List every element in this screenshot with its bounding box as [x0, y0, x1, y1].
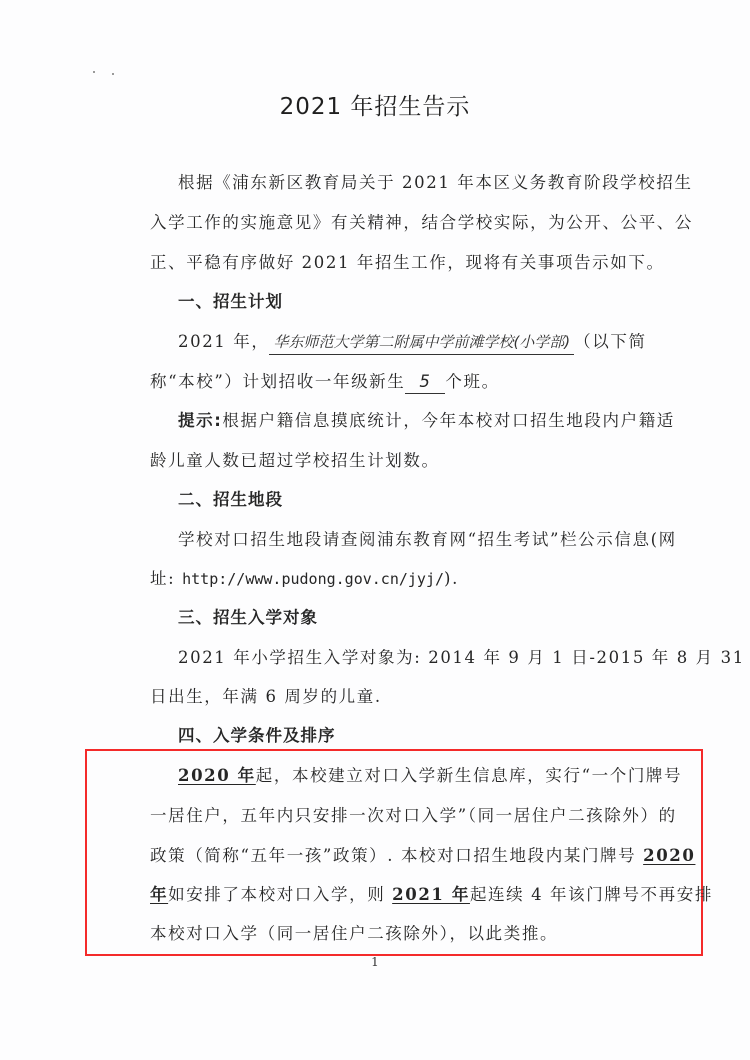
- eligibility-line-1: 2021 年小学招生入学对象为: 2014 年 9 月 1 日-2015 年 8…: [178, 647, 745, 669]
- policy-line-5: 本校对口入学（同一居住户二孩除外），以此类推。: [150, 923, 558, 945]
- url-suffix: ).: [444, 569, 459, 588]
- plan-prefix: 2021 年，: [178, 332, 269, 351]
- scan-speck: [93, 71, 95, 73]
- underlined-2020-year: 2020 年: [178, 766, 256, 785]
- eligibility-line-2: 日出生，年满 6 周岁的儿童.: [150, 686, 382, 708]
- tip-label: 提示:: [178, 411, 222, 430]
- policy-text-3: 政策（简称“五年一孩”政策）. 本校对口招生地段内某门牌号: [150, 846, 636, 865]
- document-page: 2021 年招生告示 根据《浦东新区教育局关于 2021 年本区义务教育阶段学校…: [0, 0, 750, 1060]
- intro-line-1: 根据《浦东新区教育局关于 2021 年本区义务教育阶段学校招生: [178, 172, 693, 194]
- plan-line2-prefix: 称“本校”）计划招收一年级新生: [150, 372, 405, 391]
- page-number: 1: [0, 955, 750, 969]
- section-3-heading: 三、招生入学对象: [178, 607, 318, 629]
- plan-line-2: 称“本校”）计划招收一年级新生5个班。: [150, 371, 500, 394]
- class-count: 5: [405, 371, 445, 394]
- district-line-2: 址: http://www.pudong.gov.cn/jyj/).: [150, 568, 459, 590]
- section-4-heading: 四、入学条件及排序: [178, 725, 336, 747]
- policy-line-4: 年如安排了本校对口入学，则 2021 年起连续 4 年该门牌号不再安排: [150, 884, 713, 906]
- policy-line-3: 政策（简称“五年一孩”政策）. 本校对口招生地段内某门牌号 2020: [150, 845, 695, 867]
- intro-line-3: 正、平稳有序做好 2021 年招生工作，现将有关事项告示如下。: [150, 252, 665, 274]
- url-prefix: 址:: [150, 569, 175, 588]
- tip-line-1: 提示:根据户籍信息摸底统计，今年本校对口招生地段内户籍适: [178, 410, 675, 432]
- plan-suffix: （以下简: [574, 332, 646, 351]
- school-name-handwritten: 华东师范大学第二附属中学前滩学校(小学部): [269, 331, 574, 355]
- policy-text-1: 起，本校建立对口入学新生信息库，实行“一个门牌号: [256, 766, 682, 785]
- plan-line2-suffix: 个班。: [445, 372, 499, 391]
- policy-text-4a: 如安排了本校对口入学，则: [168, 885, 385, 904]
- policy-line-2: 一居住户，五年内只安排一次对口入学”（同一居住户二孩除外）的: [150, 805, 677, 827]
- education-url-link[interactable]: http://www.pudong.gov.cn/jyj/: [182, 570, 444, 588]
- policy-line-1: 2020 年起，本校建立对口入学新生信息库，实行“一个门牌号: [178, 765, 682, 787]
- tip-line-2: 龄儿童人数已超过学校招生计划数。: [150, 450, 440, 472]
- policy-text-4b: 起连续 4 年该门牌号不再安排: [470, 885, 713, 904]
- section-1-heading: 一、招生计划: [178, 291, 283, 313]
- plan-line-1: 2021 年，华东师范大学第二附属中学前滩学校(小学部)（以下简: [178, 331, 647, 355]
- document-title: 2021 年招生告示: [0, 88, 750, 121]
- underlined-2020: 2020: [643, 846, 695, 865]
- intro-line-2: 入学工作的实施意见》有关精神，结合学校实际，为公开、公平、公: [150, 212, 693, 234]
- section-2-heading: 二、招生地段: [178, 489, 283, 511]
- scan-speck: [112, 73, 114, 75]
- underlined-year-char: 年: [150, 885, 168, 904]
- district-line-1: 学校对口招生地段请查阅浦东教育网“招生考试”栏公示信息(网: [178, 529, 677, 551]
- tip-text-1: 根据户籍信息摸底统计，今年本校对口招生地段内户籍适: [222, 411, 675, 430]
- underlined-2021-year: 2021 年: [392, 885, 470, 904]
